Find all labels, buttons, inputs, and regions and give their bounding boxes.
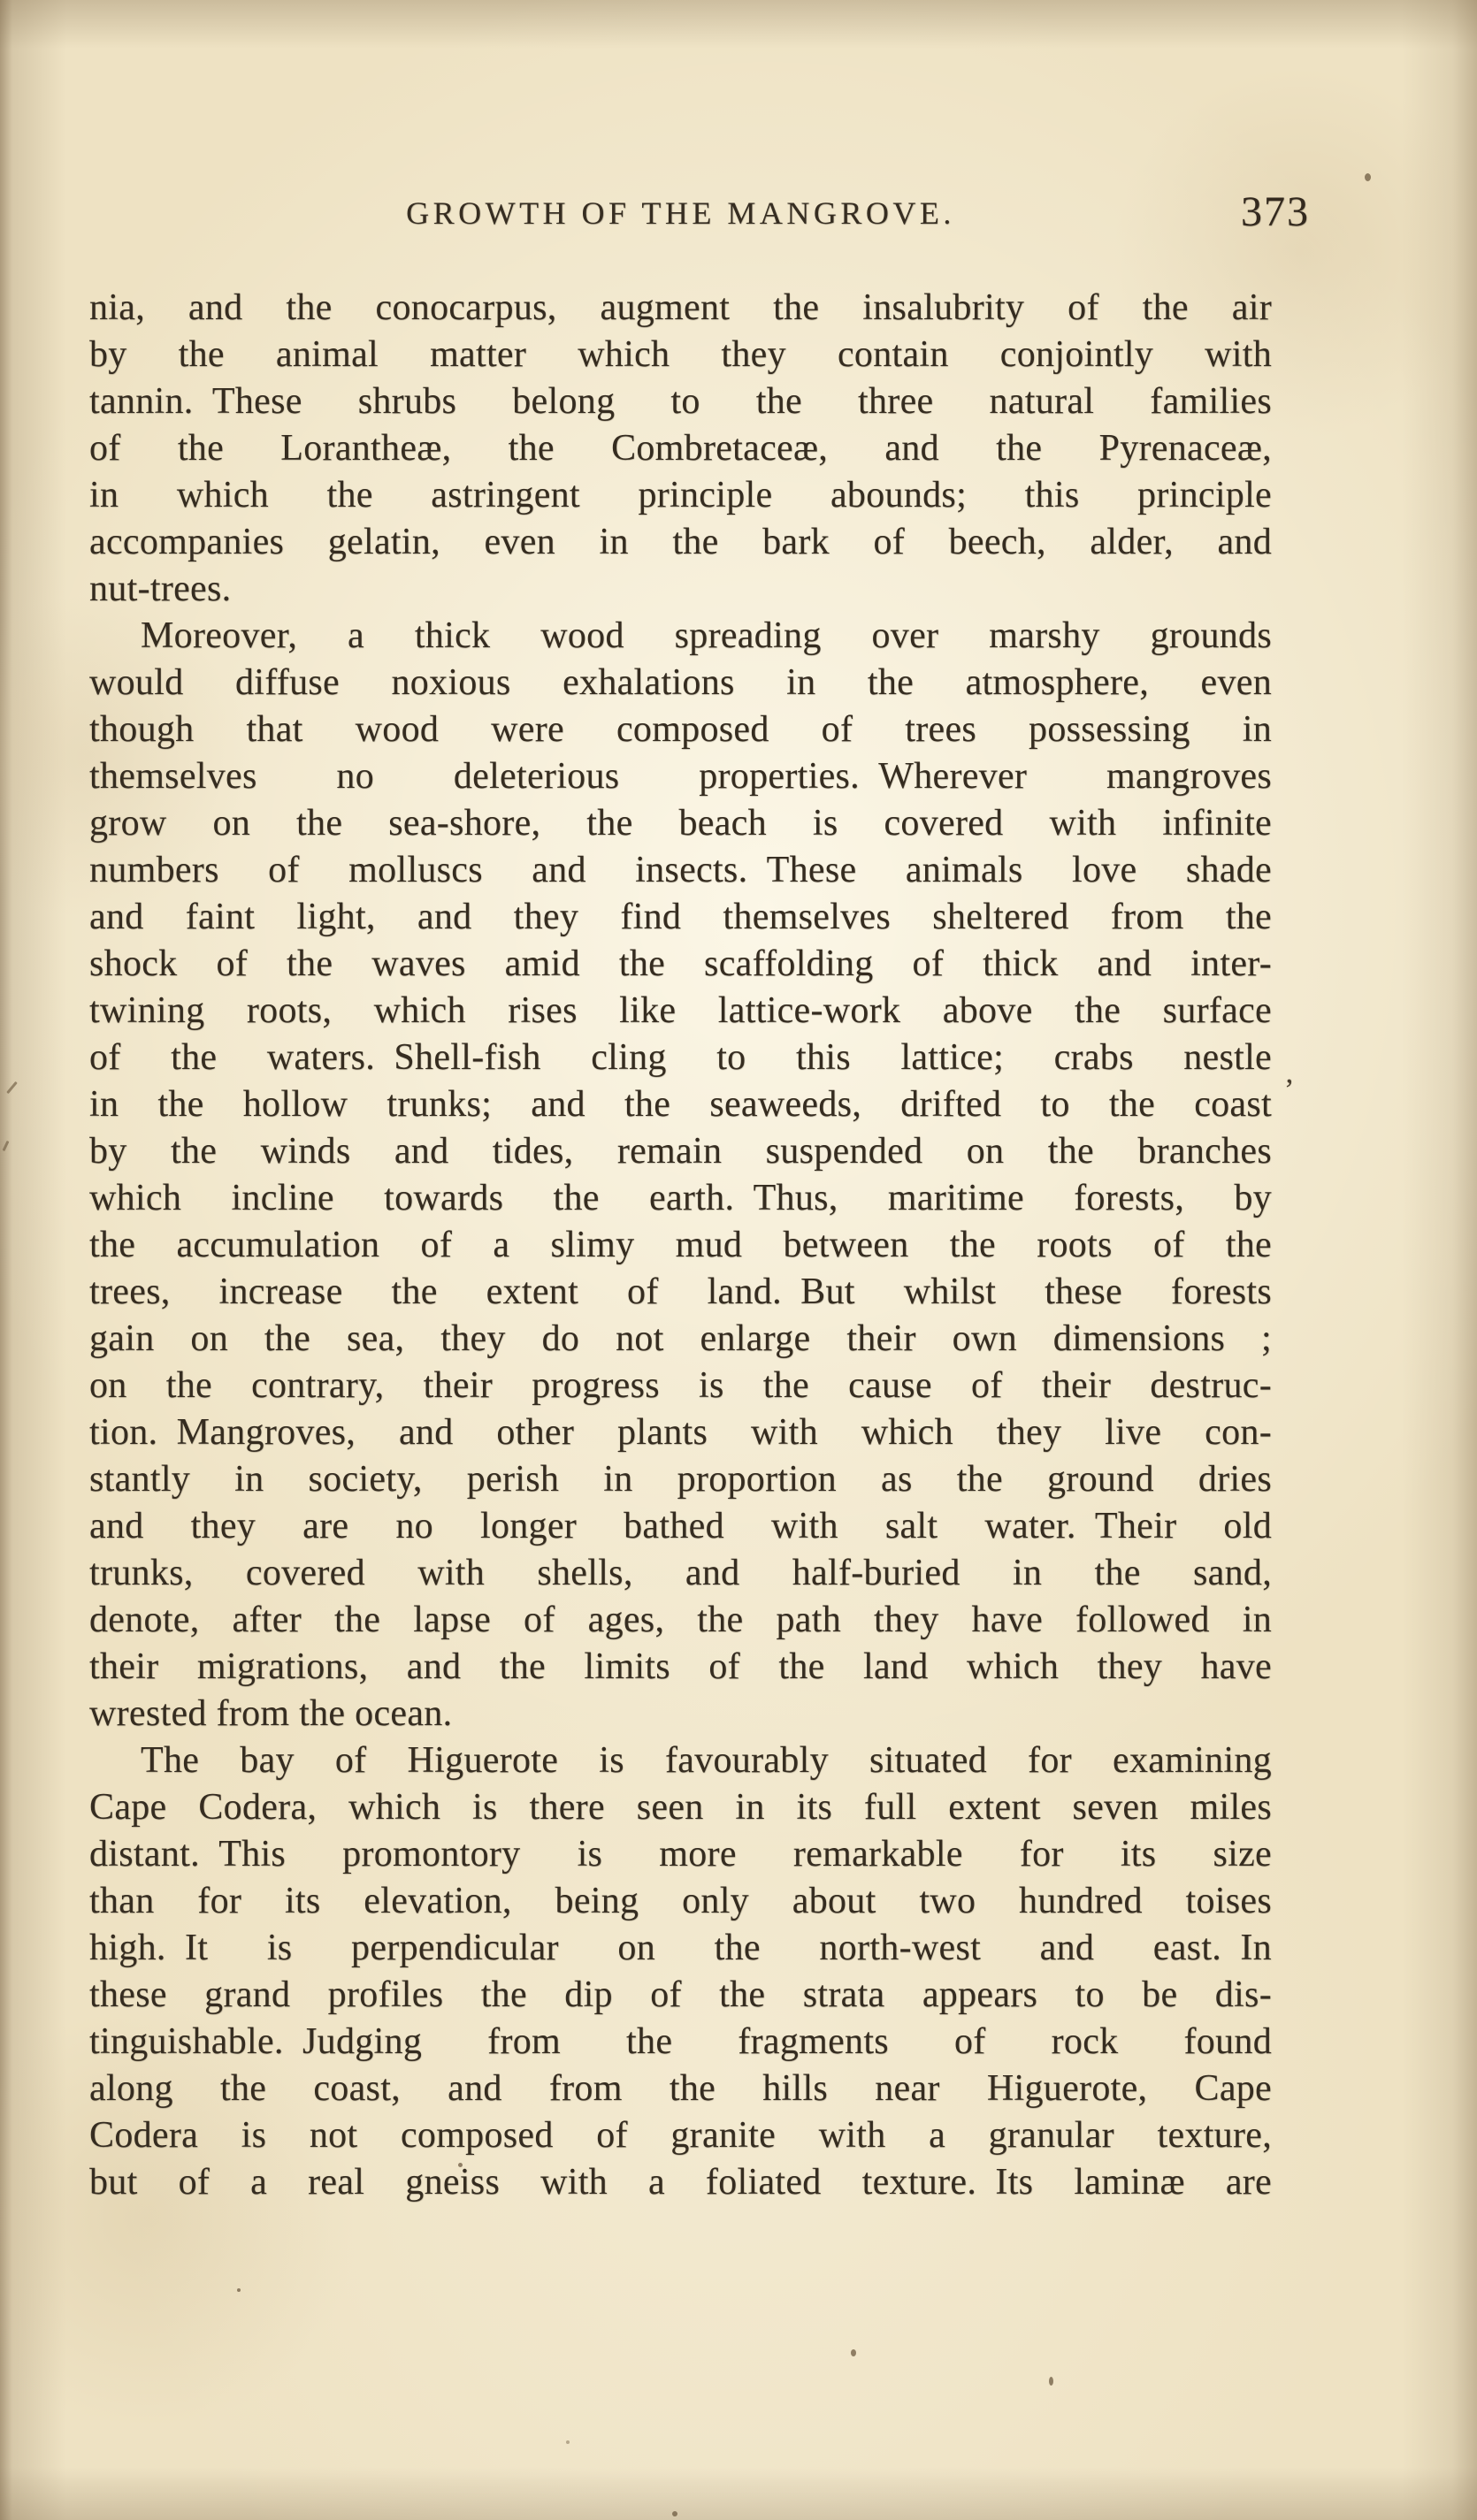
text-line: in the hollow trunks; and the seaweeds, … <box>89 1081 1272 1128</box>
page-number: 373 <box>1241 187 1310 236</box>
text-line: of the Lorantheæ, the Combretaceæ, and t… <box>89 425 1272 472</box>
text-line: than for its elevation, being only about… <box>89 1878 1272 1925</box>
text-line: along the coast, and from the hills near… <box>89 2066 1272 2112</box>
paper-speck <box>237 2288 241 2292</box>
text-line: the accumulation of a slimy mud between … <box>89 1222 1272 1269</box>
margin-tick-mark <box>6 1081 18 1094</box>
paper-speck <box>566 2440 570 2444</box>
text-line: shock of the waves amid the scaffolding … <box>89 941 1272 988</box>
text-line: in which the astringent principle abound… <box>89 472 1272 519</box>
text-line: accompanies gelatin, even in the bark of… <box>89 519 1272 566</box>
paper-speck <box>1049 2377 1053 2386</box>
text-line: wrested from the ocean. <box>89 1691 1272 1737</box>
text-line: numbers of molluscs and insects. These a… <box>89 847 1272 894</box>
text-line: themselves no deleterious properties. Wh… <box>89 753 1272 800</box>
text-line: nut-trees. <box>89 566 1272 613</box>
paragraph: nia, and the conocarpus, augment the ins… <box>89 285 1272 613</box>
text-block: nia, and the conocarpus, augment the ins… <box>89 285 1272 2206</box>
text-line: Codera is not composed of granite with a… <box>89 2112 1272 2159</box>
text-line: would diffuse noxious exhalations in the… <box>89 660 1272 706</box>
stray-ink-mark: ’ <box>1284 1073 1294 1107</box>
text-line: nia, and the conocarpus, augment the ins… <box>89 285 1272 332</box>
text-line: distant. This promontory is more remarka… <box>89 1831 1272 1878</box>
text-line: trunks, covered with shells, and half-bu… <box>89 1550 1272 1597</box>
paper-speck <box>458 2163 463 2167</box>
text-line: and they are no longer bathed with salt … <box>89 1503 1272 1550</box>
text-line: denote, after the lapse of ages, the pat… <box>89 1597 1272 1644</box>
paragraph: The bay of Higuerote is favourably situa… <box>89 1737 1272 2206</box>
text-line: grow on the sea-shore, the beach is cove… <box>89 800 1272 847</box>
paragraph: Moreover, a thick wood spreading over ma… <box>89 613 1272 1737</box>
page-header: GROWTH OF THE MANGROVE. 373 <box>89 187 1310 244</box>
text-line: tannin. These shrubs belong to the three… <box>89 378 1272 425</box>
text-line: these grand profiles the dip of the stra… <box>89 1972 1272 2019</box>
text-line: but of a real gneiss with a foliated tex… <box>89 2159 1272 2206</box>
paper-speck <box>672 2511 677 2516</box>
text-line: stantly in society, perish in proportion… <box>89 1456 1272 1503</box>
scanned-book-page: { "page": { "header": { "title": "GROWTH… <box>0 0 1477 2520</box>
text-line: their migrations, and the limits of the … <box>89 1644 1272 1691</box>
text-line: tion. Mangroves, and other plants with w… <box>89 1409 1272 1456</box>
running-title: GROWTH OF THE MANGROVE. <box>89 195 1272 232</box>
text-line: by the winds and tides, remain suspended… <box>89 1128 1272 1175</box>
text-line: which incline towards the earth. Thus, m… <box>89 1175 1272 1222</box>
text-line: on the contrary, their progress is the c… <box>89 1363 1272 1409</box>
text-line: and faint light, and they find themselve… <box>89 894 1272 941</box>
text-line: high. It is perpendicular on the north-w… <box>89 1925 1272 1972</box>
text-line: gain on the sea, they do not enlarge the… <box>89 1316 1272 1363</box>
text-line: of the waters. Shell-fish cling to this … <box>89 1035 1272 1081</box>
text-line: twining roots, which rises like lattice-… <box>89 988 1272 1035</box>
paper-speck <box>1365 173 1371 181</box>
text-line: The bay of Higuerote is favourably situa… <box>89 1737 1272 1784</box>
text-line: trees, increase the extent of land. But … <box>89 1269 1272 1316</box>
text-line: Moreover, a thick wood spreading over ma… <box>89 613 1272 660</box>
text-line: tinguishable. Judging from the fragments… <box>89 2019 1272 2066</box>
text-line: by the animal matter which they contain … <box>89 332 1272 378</box>
text-line: Cape Codera, which is there seen in its … <box>89 1784 1272 1831</box>
paper-speck <box>851 2349 856 2356</box>
text-line: though that wood were composed of trees … <box>89 706 1272 753</box>
margin-tick-mark <box>3 1141 10 1151</box>
